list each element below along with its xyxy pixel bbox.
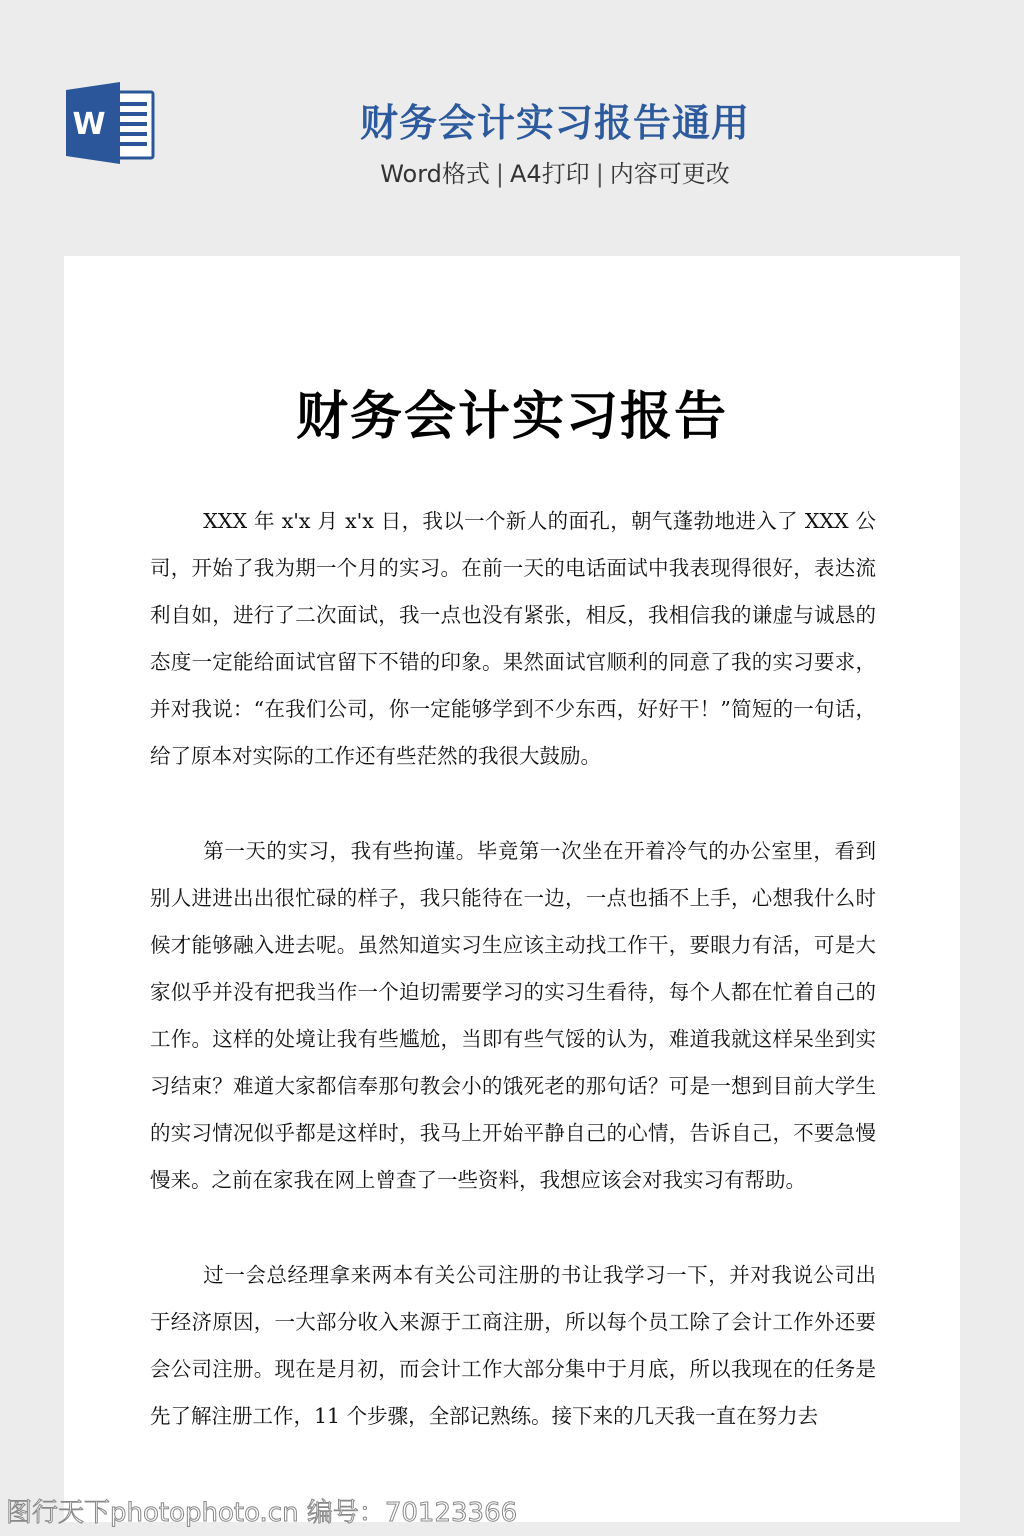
subtitle-editable: 内容可更改 xyxy=(610,160,730,188)
paragraph: 过一会总经理拿来两本有关公司注册的书让我学习一下，并对我说公司出于经济原因，一大… xyxy=(150,1252,876,1440)
document-title: 财务会计实习报告 xyxy=(64,374,960,449)
subtitle-print: A4打印 xyxy=(510,160,590,188)
word-document-icon: W xyxy=(64,82,156,164)
watermark: 图行天下photophoto.cn 编号：70123366 xyxy=(6,1492,517,1529)
subtitle-separator: | xyxy=(596,160,604,188)
subtitle-format: Word格式 xyxy=(380,160,490,188)
svg-text:W: W xyxy=(72,107,105,142)
document-body: XXX 年 x'x 月 x'x 日，我以一个新人的面孔，朝气蓬勃地进入了 XXX… xyxy=(150,498,876,1488)
paragraph: XXX 年 x'x 月 x'x 日，我以一个新人的面孔，朝气蓬勃地进入了 XXX… xyxy=(150,498,876,780)
document-page: 财务会计实习报告 XXX 年 x'x 月 x'x 日，我以一个新人的面孔，朝气蓬… xyxy=(64,256,960,1522)
subtitle-separator: | xyxy=(496,160,504,188)
paragraph: 第一天的实习，我有些拘谨。毕竟第一次坐在开着冷气的办公室里，看到别人进进出出很忙… xyxy=(150,828,876,1204)
header-subtitle: Word格式|A4打印|内容可更改 xyxy=(300,154,810,189)
header-title: 财务会计实习报告通用 xyxy=(300,92,810,147)
